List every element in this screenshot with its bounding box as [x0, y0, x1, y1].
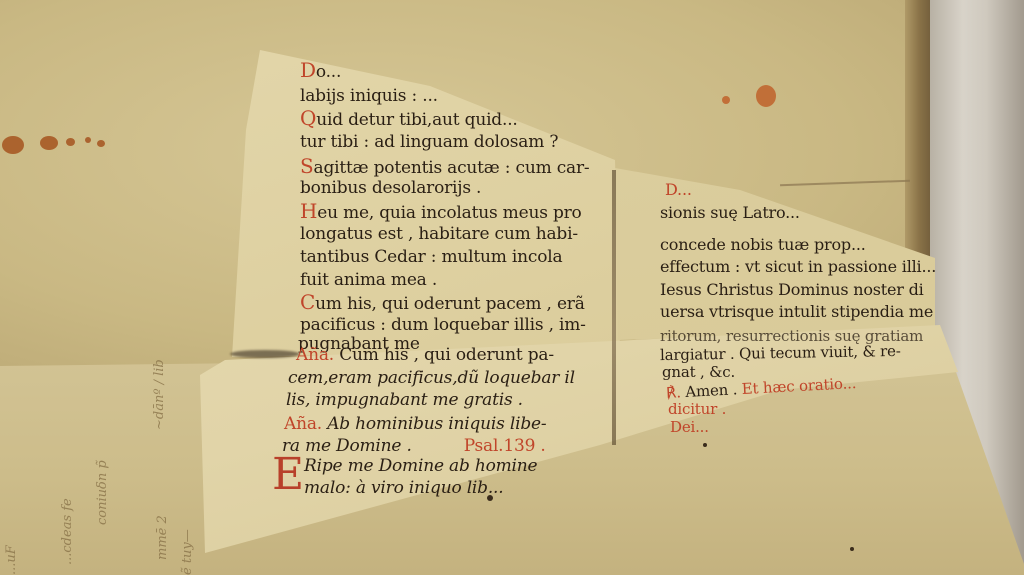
drop-cap-initial: E [272, 453, 304, 497]
psalm-reference: Psal.139 . [464, 436, 546, 456]
bottom-fragment-text: Aña. Cum his , qui oderunt pa- cem,eram … [0, 0, 1024, 575]
book-photo: ~dānº / lib ...cdeas fe coniuδn p̃ mmē 2… [0, 0, 1024, 575]
ink-dot [850, 547, 854, 551]
text-line: Ripe me Domine ab homine [304, 456, 537, 476]
text-line: Aña. Ab hominibus iniquis libe- [284, 414, 546, 434]
text-line: malo: à viro iniquo lib... [304, 478, 503, 498]
ink-dot [487, 495, 493, 501]
text-line: ra me Domine .Psal.139 . [282, 436, 546, 456]
text-line: cem,eram pacificus,dũ loquebar il [288, 368, 575, 388]
text-line: lis, impugnabant me gratis . [286, 390, 523, 410]
ink-dot [703, 443, 707, 447]
text-line: dicitur . [668, 399, 726, 419]
text-line: Aña. Cum his , qui oderunt pa- [296, 345, 554, 365]
text-line: Dei... [670, 417, 709, 437]
